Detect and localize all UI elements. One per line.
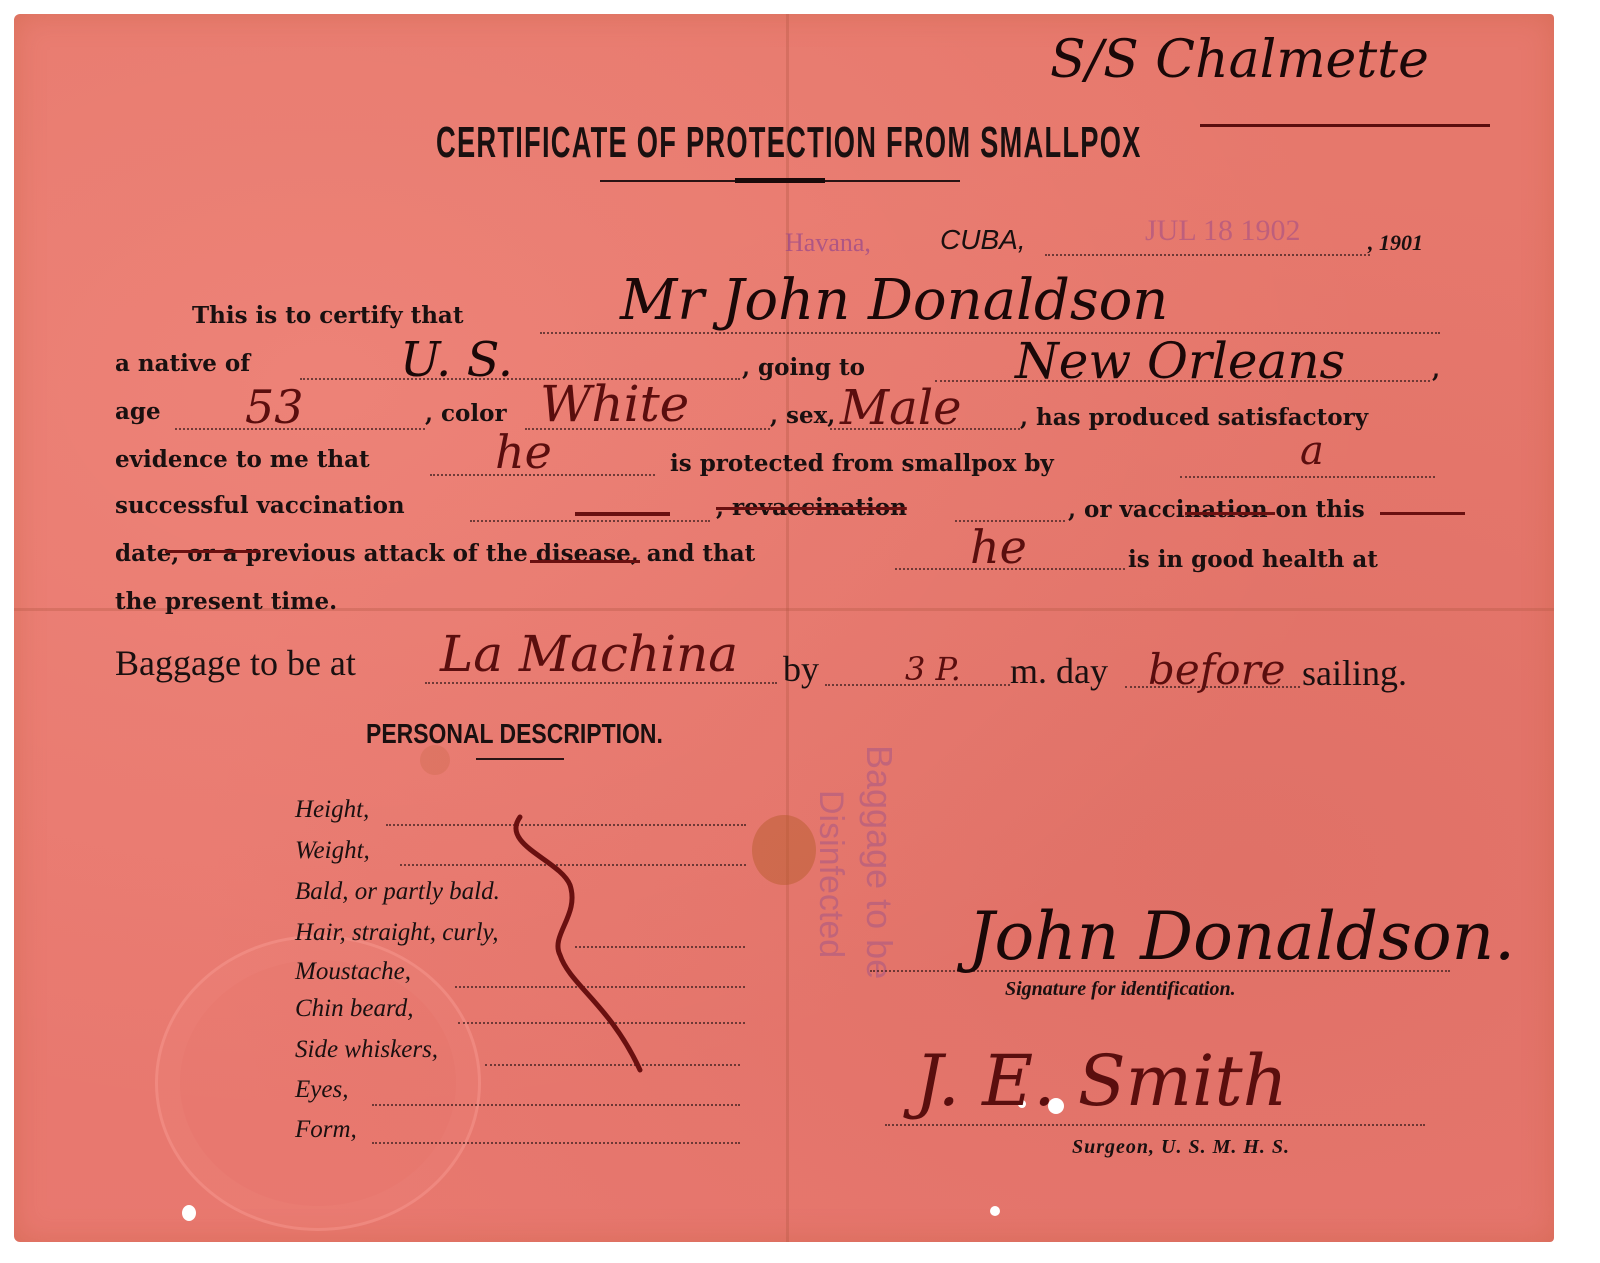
age-label: age [115,398,161,425]
baggage-by-label: by [783,648,819,690]
sex-label: , sex, [770,402,835,429]
satisfactory-label: , has produced satisfactory [1020,404,1368,431]
native-value: U. S. [400,332,513,388]
signature-label: Signature for identification. [1005,978,1236,1001]
revaccination-label: , revaccination [716,494,907,521]
side-whiskers-label: Side whiskers, [295,1036,438,1064]
previous-attack-label: date, or a previous attack of the diseas… [115,540,755,567]
year-printed: , 1901 [1368,230,1423,256]
baggage-stamp-line1: Baggage to be [858,745,900,979]
eyes-label: Eyes, [295,1076,348,1104]
place-printed: CUBA, [940,224,1026,256]
certify-label: This is to certify that [192,302,463,329]
health-pronoun-value: he [970,520,1027,574]
vaccination-label: successful vaccination [115,492,405,519]
strike-or-a [165,550,260,553]
paper-hole [182,1205,196,1221]
paper-hole [990,1206,1000,1216]
signature-value: John Donaldson. [968,898,1515,975]
surgeon-label: Surgeon, U. S. M. H. S. [1072,1136,1290,1159]
good-health-label: is in good health at [1128,546,1378,573]
certificate-title: CERTIFICATE OF PROTECTION FROM SMALLPOX [436,118,1142,168]
baggage-location-value: La Machina [440,625,738,683]
vaccination-mark [575,512,670,516]
method-line [1180,476,1435,478]
color-value: White [540,375,689,433]
surgeon-line [885,1124,1425,1126]
revaccination-text: , revaccination [716,494,907,521]
baggage-label: Baggage to be at [115,642,356,684]
moustache-label: Moustache, [295,958,411,986]
form-label: Form, [295,1116,357,1144]
date-stamp: JUL 18 1902 [1145,214,1301,248]
pronoun-value: he [495,425,552,479]
description-brace-mark [500,815,660,1080]
protected-label: is protected from smallpox by [670,450,1054,477]
baggage-sailing-label: sailing. [1302,652,1407,694]
going-to-label: , going to [742,354,865,381]
evidence-label: evidence to me that [115,446,370,473]
present-time-label: the present time. [115,588,337,615]
method-value: a [1300,428,1324,474]
baggage-day-label: m. day [1010,650,1108,692]
place-stamp: Havana, [785,228,871,258]
ship-annotation: S/S Chalmette [1050,30,1429,90]
color-label: , color [425,400,507,427]
vertical-fold-crease [786,14,789,1242]
line2-comma: , [1432,356,1440,383]
baggage-time-value: 3 P. [905,650,961,688]
surgeon-signature: J. E. Smith [915,1040,1288,1122]
strike-this [1380,512,1465,515]
eyes-line [372,1104,740,1106]
water-stain [752,815,816,885]
bald-label: Bald, or partly bald. [295,878,500,906]
age-value: 53 [245,380,304,434]
destination-value: New Orleans [1015,332,1345,390]
sex-value: Male [840,380,962,436]
strike-vaccination [1185,512,1275,515]
name-value: Mr John Donaldson [620,268,1168,333]
personal-description-rule [476,758,564,760]
vaccination-line [470,520,710,522]
date-line [1045,254,1370,256]
hair-label: Hair, straight, curly, [295,919,499,947]
ship-underline [1200,124,1490,127]
native-label: a native of [115,350,250,377]
personal-description-heading: PERSONAL DESCRIPTION. [366,718,663,750]
vaccination-on-date-label: , or vaccination on this [1068,496,1365,523]
chin-beard-label: Chin beard, [295,995,414,1023]
title-rule-center [735,178,825,183]
strike-of-the [530,560,640,563]
baggage-stamp-line2: Disinfected [811,790,850,958]
weight-label: Weight, [295,837,370,865]
form-line [372,1142,740,1144]
baggage-day-value: before [1148,645,1286,694]
height-label: Height, [295,796,369,824]
